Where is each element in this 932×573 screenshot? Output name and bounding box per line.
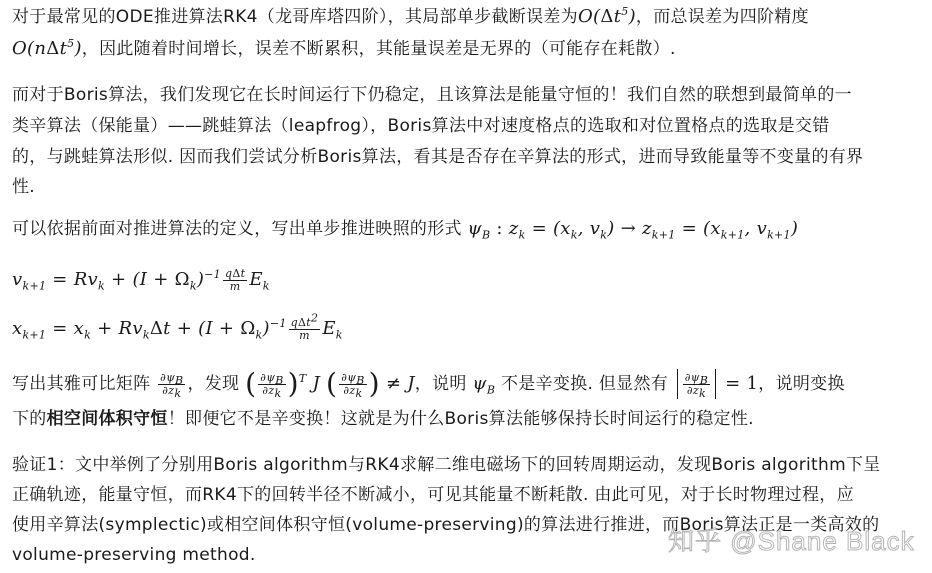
paragraph-verification-line-2: 正确轨迹，能量守恒，而RK4下的回转半径不断减小，可见其能量不断耗散. 由此可见… <box>12 480 854 510</box>
math-v-update: vk+1 = Rvk + (I + Ωk)−1qΔtmEk <box>12 269 270 290</box>
math-psi-b: ψB <box>472 373 495 394</box>
emphasis-phase-space-volume: 相空间体积守恒 <box>47 409 168 429</box>
text: 下的 <box>12 409 47 429</box>
paragraph-verification-line-1: 验证1：文中举例了分别用Boris algorithm与RK4求解二维电磁场下的… <box>12 450 881 480</box>
text: ，因此随着时间增长，误差不断累积，其能量误差是无界的（可能存在耗散）. <box>82 39 676 59</box>
text: 可以依据前面对推进算法的定义，写出单步推进映照的形式 <box>12 219 462 239</box>
math-map: ψB : zk = (xk, vk) → zk+1 = (xk+1, vk+1) <box>468 218 799 239</box>
paragraph-jacobian-line-1: 写出其雅可比矩阵 ∂ψB∂zk，发现 (∂ψB∂zk)T J (∂ψB∂zk) … <box>12 366 845 402</box>
text: ，说明变换 <box>758 374 845 394</box>
paragraph-verification-line-4: volume-preserving method. <box>12 540 256 570</box>
paragraph-jacobian-line-2: 下的相空间体积守恒！即便它不是辛变换！这就是为什么Boris算法能够保持长时间运… <box>12 404 754 434</box>
paragraph-boris-line-1: 而对于Boris算法，我们发现它在长时间运行下仍稳定，且该算法是能量守恒的！我们… <box>12 80 852 110</box>
math-x-update: xk+1 = xk + RvkΔt + (I + Ωk)−1qΔt2mEk <box>12 318 343 339</box>
zhihu-watermark: 知乎 @Shane Black <box>668 521 915 558</box>
paragraph-boris-line-2: 类辛算法（保能量）——跳蛙算法（leapfrog），Boris算法中对速度格点的… <box>12 111 830 141</box>
paragraph-boris-line-3: 的，与跳蛙算法形似. 因而我们尝试分析Boris算法，看其是否存在辛算法的形式，… <box>12 142 863 172</box>
text: 写出其雅可比矩阵 <box>12 374 150 394</box>
text: 对于最常见的ODE推进算法RK4（龙哥库塔四阶），其局部单步截断误差为 <box>12 7 578 27</box>
equation-position-update: xk+1 = xk + RvkΔt + (I + Ωk)−1qΔt2mEk <box>12 310 343 348</box>
math-symplectic-condition: (∂ψB∂zk)T J (∂ψB∂zk) ≠ J <box>245 373 415 394</box>
text: 不是辛变换. 但显然有 <box>501 374 668 394</box>
math-jacobian: ∂ψB∂zk <box>156 373 187 394</box>
math-local-error: O(Δt5) <box>578 6 636 27</box>
paragraph-rk4-line-2: O(nΔt5)，因此随着时间增长，误差不断累积，其能量误差是无界的（可能存在耗散… <box>12 34 676 64</box>
math-determinant: ∂ψB∂zk = 1 <box>674 373 759 394</box>
text: ，说明 <box>415 374 467 394</box>
text: ，而总误差为四阶精度 <box>636 7 809 27</box>
paragraph-map-definition: 可以依据前面对推进算法的定义，写出单步推进映照的形式 ψB : zk = (xk… <box>12 214 798 244</box>
paragraph-rk4-line-1: 对于最常见的ODE推进算法RK4（龙哥库塔四阶），其局部单步截断误差为O(Δt5… <box>12 2 809 32</box>
text: ，发现 <box>187 374 239 394</box>
math-global-error: O(nΔt5) <box>12 38 82 59</box>
equation-velocity-update: vk+1 = Rvk + (I + Ωk)−1qΔtmEk <box>12 262 270 298</box>
paragraph-boris-line-4: 性. <box>12 172 35 202</box>
text: ！即便它不是辛变换！这就是为什么Boris算法能够保持长时间运行的稳定性. <box>168 409 754 429</box>
